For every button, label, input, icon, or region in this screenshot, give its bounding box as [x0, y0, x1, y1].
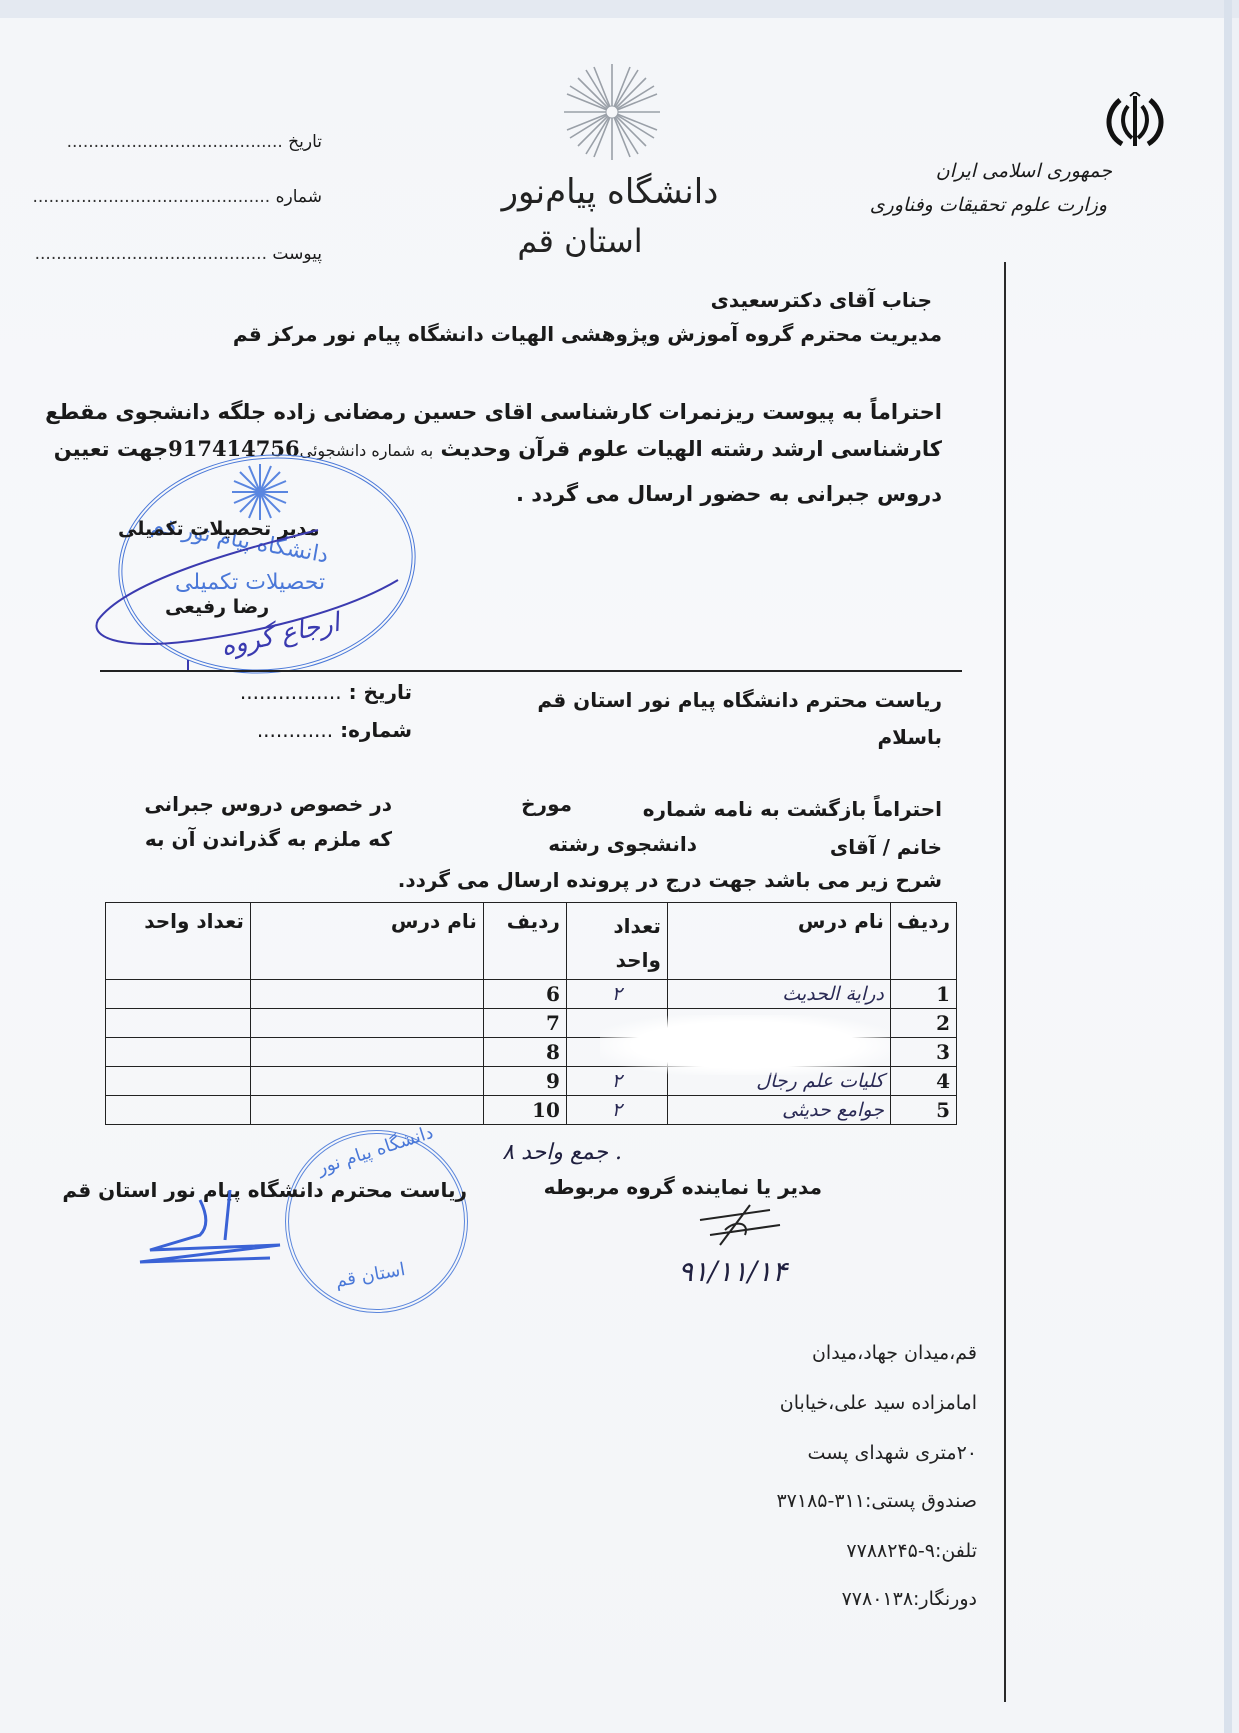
stamp-sun-logo-icon — [230, 462, 290, 522]
header-attachment-field: پیوست ..................................… — [35, 244, 322, 264]
letter2-date-label: تاریخ : — [349, 680, 412, 704]
header-date-label: تاریخ — [288, 132, 322, 152]
margin-divider — [1004, 262, 1006, 1702]
course-name — [250, 1009, 483, 1038]
row-number: 8 — [483, 1038, 566, 1067]
letter2-line3: شرح زیر می باشد جهت درج در پرونده ارسال … — [398, 868, 942, 892]
course-units: ۲ — [566, 980, 667, 1009]
header-attachment-value: ........................................… — [35, 244, 267, 264]
letter1-addressee-title: مدیریت محترم گروه آموزش وپژوهشی الهیات د… — [233, 322, 942, 346]
letter1-body-line1: احتراماً به پیوست ریزنمرات کارشناسی اقای… — [45, 400, 942, 424]
table-row: 5 جوامع حدیثی ۲ 10 — [106, 1096, 957, 1125]
address-po-box: صندوق پستی:۳۱۱-۳۷۱۸۵ — [776, 1490, 977, 1512]
header-course-name-right: نام درس — [667, 903, 890, 980]
course-units — [106, 1009, 251, 1038]
letter1-body-line2-b: به شماره دانشجوئی — [300, 441, 434, 460]
letter2-line1-a: احتراماً بازگشت به نامه شماره — [643, 797, 942, 821]
letter1-addressee: جناب آقای دکترسعیدی — [711, 288, 932, 312]
letter1-body-line2: کارشناسی ارشد رشته الهیات علوم قرآن وحدی… — [54, 436, 942, 461]
letter2-number-value: ............ — [257, 718, 333, 742]
letter2-line2-b: دانشجوی رشته — [548, 832, 697, 856]
row-number: 7 — [483, 1009, 566, 1038]
table-header-row: ردیف نام درس تعداد واحد ردیف نام درس تعد… — [106, 903, 957, 980]
letter2-greeting: باسلام — [877, 725, 942, 749]
header-row-number-left: ردیف — [483, 903, 566, 980]
header-attachment-label: پیوست — [272, 244, 322, 264]
section-divider — [100, 670, 962, 672]
address-fax: دورنگار:۷۷۸۰۱۳۸ — [842, 1588, 977, 1610]
scan-edge-right — [1224, 0, 1232, 1733]
row-number: 10 — [483, 1096, 566, 1125]
course-units — [106, 1038, 251, 1067]
course-units — [106, 980, 251, 1009]
course-name — [250, 1096, 483, 1125]
row-number: 5 — [890, 1096, 956, 1125]
total-units-note: . جمع واحد ۸ — [502, 1140, 622, 1165]
group-rep-date: ۹۱/۱۱/۱۴ — [678, 1255, 787, 1288]
header-number-value: ........................................… — [32, 187, 270, 207]
course-name — [250, 980, 483, 1009]
address-phone: تلفن:۹-۷۷۸۸۲۴۵ — [846, 1540, 977, 1562]
row-number: 9 — [483, 1067, 566, 1096]
table-row: 1 درایة الحدیث ۲ 6 — [106, 980, 957, 1009]
correction-fluid-smudge — [600, 1015, 890, 1075]
row-number: 1 — [890, 980, 956, 1009]
letter1-body-line2-a: کارشناسی ارشد رشته الهیات علوم قرآن وحدی… — [440, 437, 942, 461]
header-date-field: تاریخ ..................................… — [67, 132, 322, 152]
course-name — [250, 1067, 483, 1096]
letter-page: جمهوری اسلامی ایران وزارت علوم تحقیقات و… — [0, 0, 1232, 1733]
president-signature — [130, 1190, 300, 1270]
payam-noor-sun-logo-icon — [562, 62, 662, 162]
letter2-line2-c: که ملزم به گذراندن آن به — [145, 827, 392, 851]
address-line-1: قم،میدان جهاد،میدان — [812, 1342, 977, 1364]
letter1-body-line3: دروس جبرانی به حضور ارسال می گردد . — [516, 482, 942, 506]
university-name: دانشگاه پیام‌نور — [480, 172, 740, 212]
row-number: 4 — [890, 1067, 956, 1096]
letter1-body-line2-c: جهت تعیین — [54, 437, 168, 461]
header-course-name-left: نام درس — [250, 903, 483, 980]
compensatory-courses-table: ردیف نام درس تعداد واحد ردیف نام درس تعد… — [105, 902, 957, 1125]
row-number: 3 — [890, 1038, 956, 1067]
address-line-2: امامزاده سید علی،خیابان — [780, 1392, 977, 1414]
letter2-line1-c: در خصوص دروس جبرانی — [144, 792, 392, 816]
header-row-number-right: ردیف — [890, 903, 956, 980]
header-units-right: تعداد واحد — [566, 903, 667, 980]
header-number-field: شماره ..................................… — [32, 187, 322, 207]
address-line-3: ۲۰متری شهدای پست — [808, 1442, 977, 1464]
scan-edge-top — [0, 0, 1239, 18]
course-units — [106, 1096, 251, 1125]
course-units: ۲ — [566, 1096, 667, 1125]
letter2-line1-b: مورخ — [521, 792, 572, 816]
row-number: 2 — [890, 1009, 956, 1038]
course-name: جوامع حدیثی — [667, 1096, 890, 1125]
letter2-addressee: ریاست محترم دانشگاه پیام نور استان قم — [537, 688, 942, 712]
letter2-date-field: تاریخ : ................ — [240, 680, 412, 704]
letter2-line2-a: خانم / آقای — [830, 835, 942, 859]
course-name: درایة الحدیث — [667, 980, 890, 1009]
course-units — [106, 1067, 251, 1096]
group-representative-title: مدیر یا نماینده گروه مربوطه — [544, 1175, 822, 1199]
government-line-2: وزارت علوم تحقیقات وفناوری — [870, 194, 1107, 216]
header-date-value: ........................................ — [67, 132, 283, 152]
government-line-1: جمهوری اسلامی ایران — [936, 160, 1112, 182]
group-rep-signature — [690, 1200, 790, 1260]
course-name — [250, 1038, 483, 1067]
header-units-left: تعداد واحد — [106, 903, 251, 980]
province-name: استان قم — [480, 222, 680, 260]
iran-emblem-icon — [1100, 92, 1170, 152]
letter2-number-field: شماره: ............ — [257, 718, 412, 742]
header-number-label: شماره — [276, 187, 322, 207]
row-number: 6 — [483, 980, 566, 1009]
letter2-date-value: ................ — [240, 680, 342, 704]
letter2-number-label: شماره: — [340, 718, 412, 742]
